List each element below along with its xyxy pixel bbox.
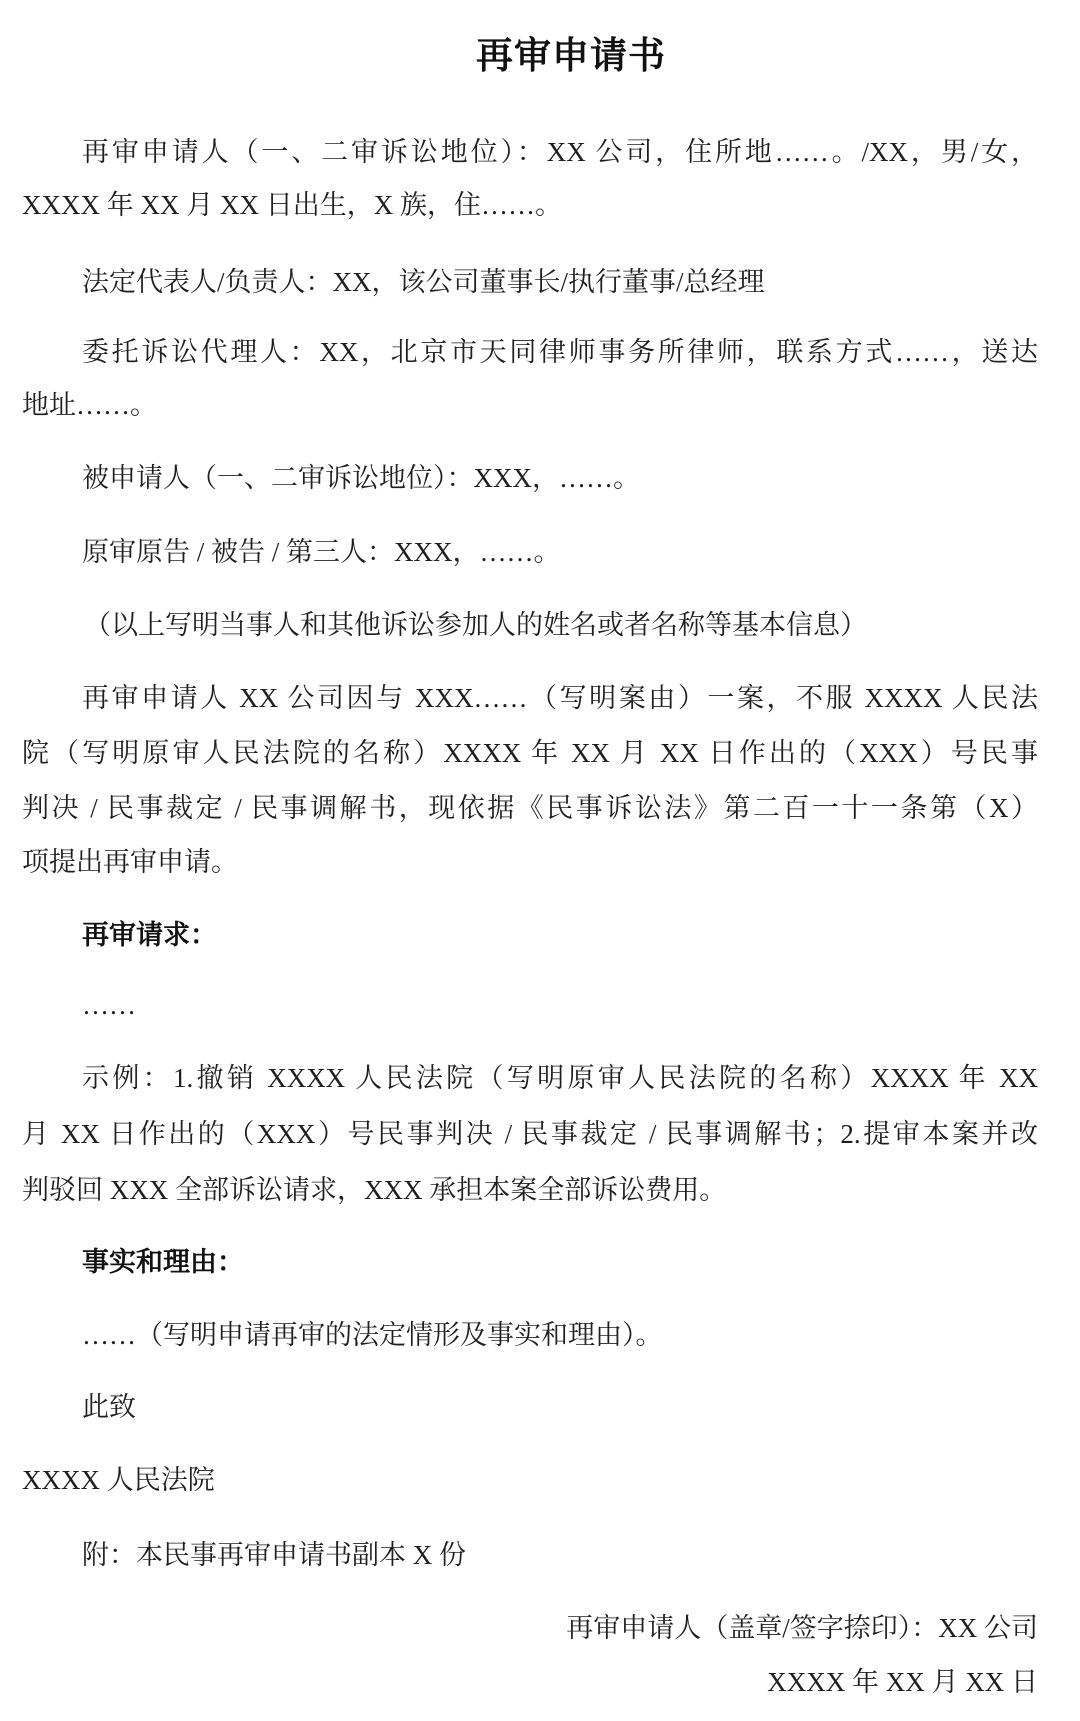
document-page: 再审申请书 再审申请人（一、二审诉讼地位）：XX 公司，住所地……。/XX，男/… — [0, 0, 1080, 1721]
requests-placeholder: …… — [82, 985, 136, 1025]
closing-salutation: 此致 — [82, 1387, 136, 1427]
statement-line-3: 判决 / 民事裁定 / 民事调解书，现依据《民事诉讼法》第二百一十一条第（X） — [22, 788, 1038, 828]
statement-line-4: 项提出再审申请。 — [22, 842, 238, 882]
applicant-line-2: XXXX 年 XX 月 XX 日出生，X 族，住……。 — [22, 185, 562, 225]
parties-note: （以上写明当事人和其他诉讼参加人的姓名或者名称等基本信息） — [84, 605, 867, 645]
agent-line-2: 地址……。 — [22, 385, 157, 425]
requests-example-line-3: 判驳回 XXX 全部诉讼请求，XXX 承担本案全部诉讼费用。 — [22, 1170, 726, 1210]
agent-line-1: 委托诉讼代理人：XX，北京市天同律师事务所律师，联系方式……，送达 — [82, 332, 1038, 372]
requests-example-line-2: 月 XX 日作出的（XXX）号民事判决 / 民事裁定 / 民事调解书；2.提审本… — [22, 1114, 1038, 1154]
requests-example-line-1: 示例：1.撤销 XXXX 人民法院（写明原审人民法院的名称）XXXX 年 XX — [82, 1058, 1038, 1098]
statement-line-1: 再审申请人 XX 公司因与 XXX……（写明案由）一案，不服 XXXX 人民法 — [82, 678, 1038, 718]
facts-body: ……（写明申请再审的法定情形及事实和理由）。 — [82, 1315, 663, 1355]
original-parties: 原审原告 / 被告 / 第三人：XXX，……。 — [82, 532, 561, 572]
applicant-line-1: 再审申请人（一、二审诉讼地位）：XX 公司，住所地……。/XX，男/女， — [82, 132, 1038, 172]
legal-representative: 法定代表人/负责人：XX，该公司董事长/执行董事/总经理 — [82, 262, 765, 302]
document-title: 再审申请书 — [0, 32, 1080, 82]
respondent: 被申请人（一、二审诉讼地位）：XXX，……。 — [82, 458, 640, 498]
addressee-court: XXXX 人民法院 — [22, 1460, 215, 1500]
facts-heading: 事实和理由： — [82, 1242, 244, 1282]
attachment-note: 附：本民事再审申请书副本 X 份 — [82, 1535, 466, 1575]
requests-heading: 再审请求： — [82, 915, 217, 955]
signature-signer: 再审申请人（盖章/签字捺印）：XX 公司 — [566, 1608, 1038, 1648]
statement-line-2: 院（写明原审人民法院的名称）XXXX 年 XX 月 XX 日作出的（XXX）号民… — [22, 733, 1038, 773]
signature-date: XXXX 年 XX 月 XX 日 — [767, 1662, 1038, 1702]
